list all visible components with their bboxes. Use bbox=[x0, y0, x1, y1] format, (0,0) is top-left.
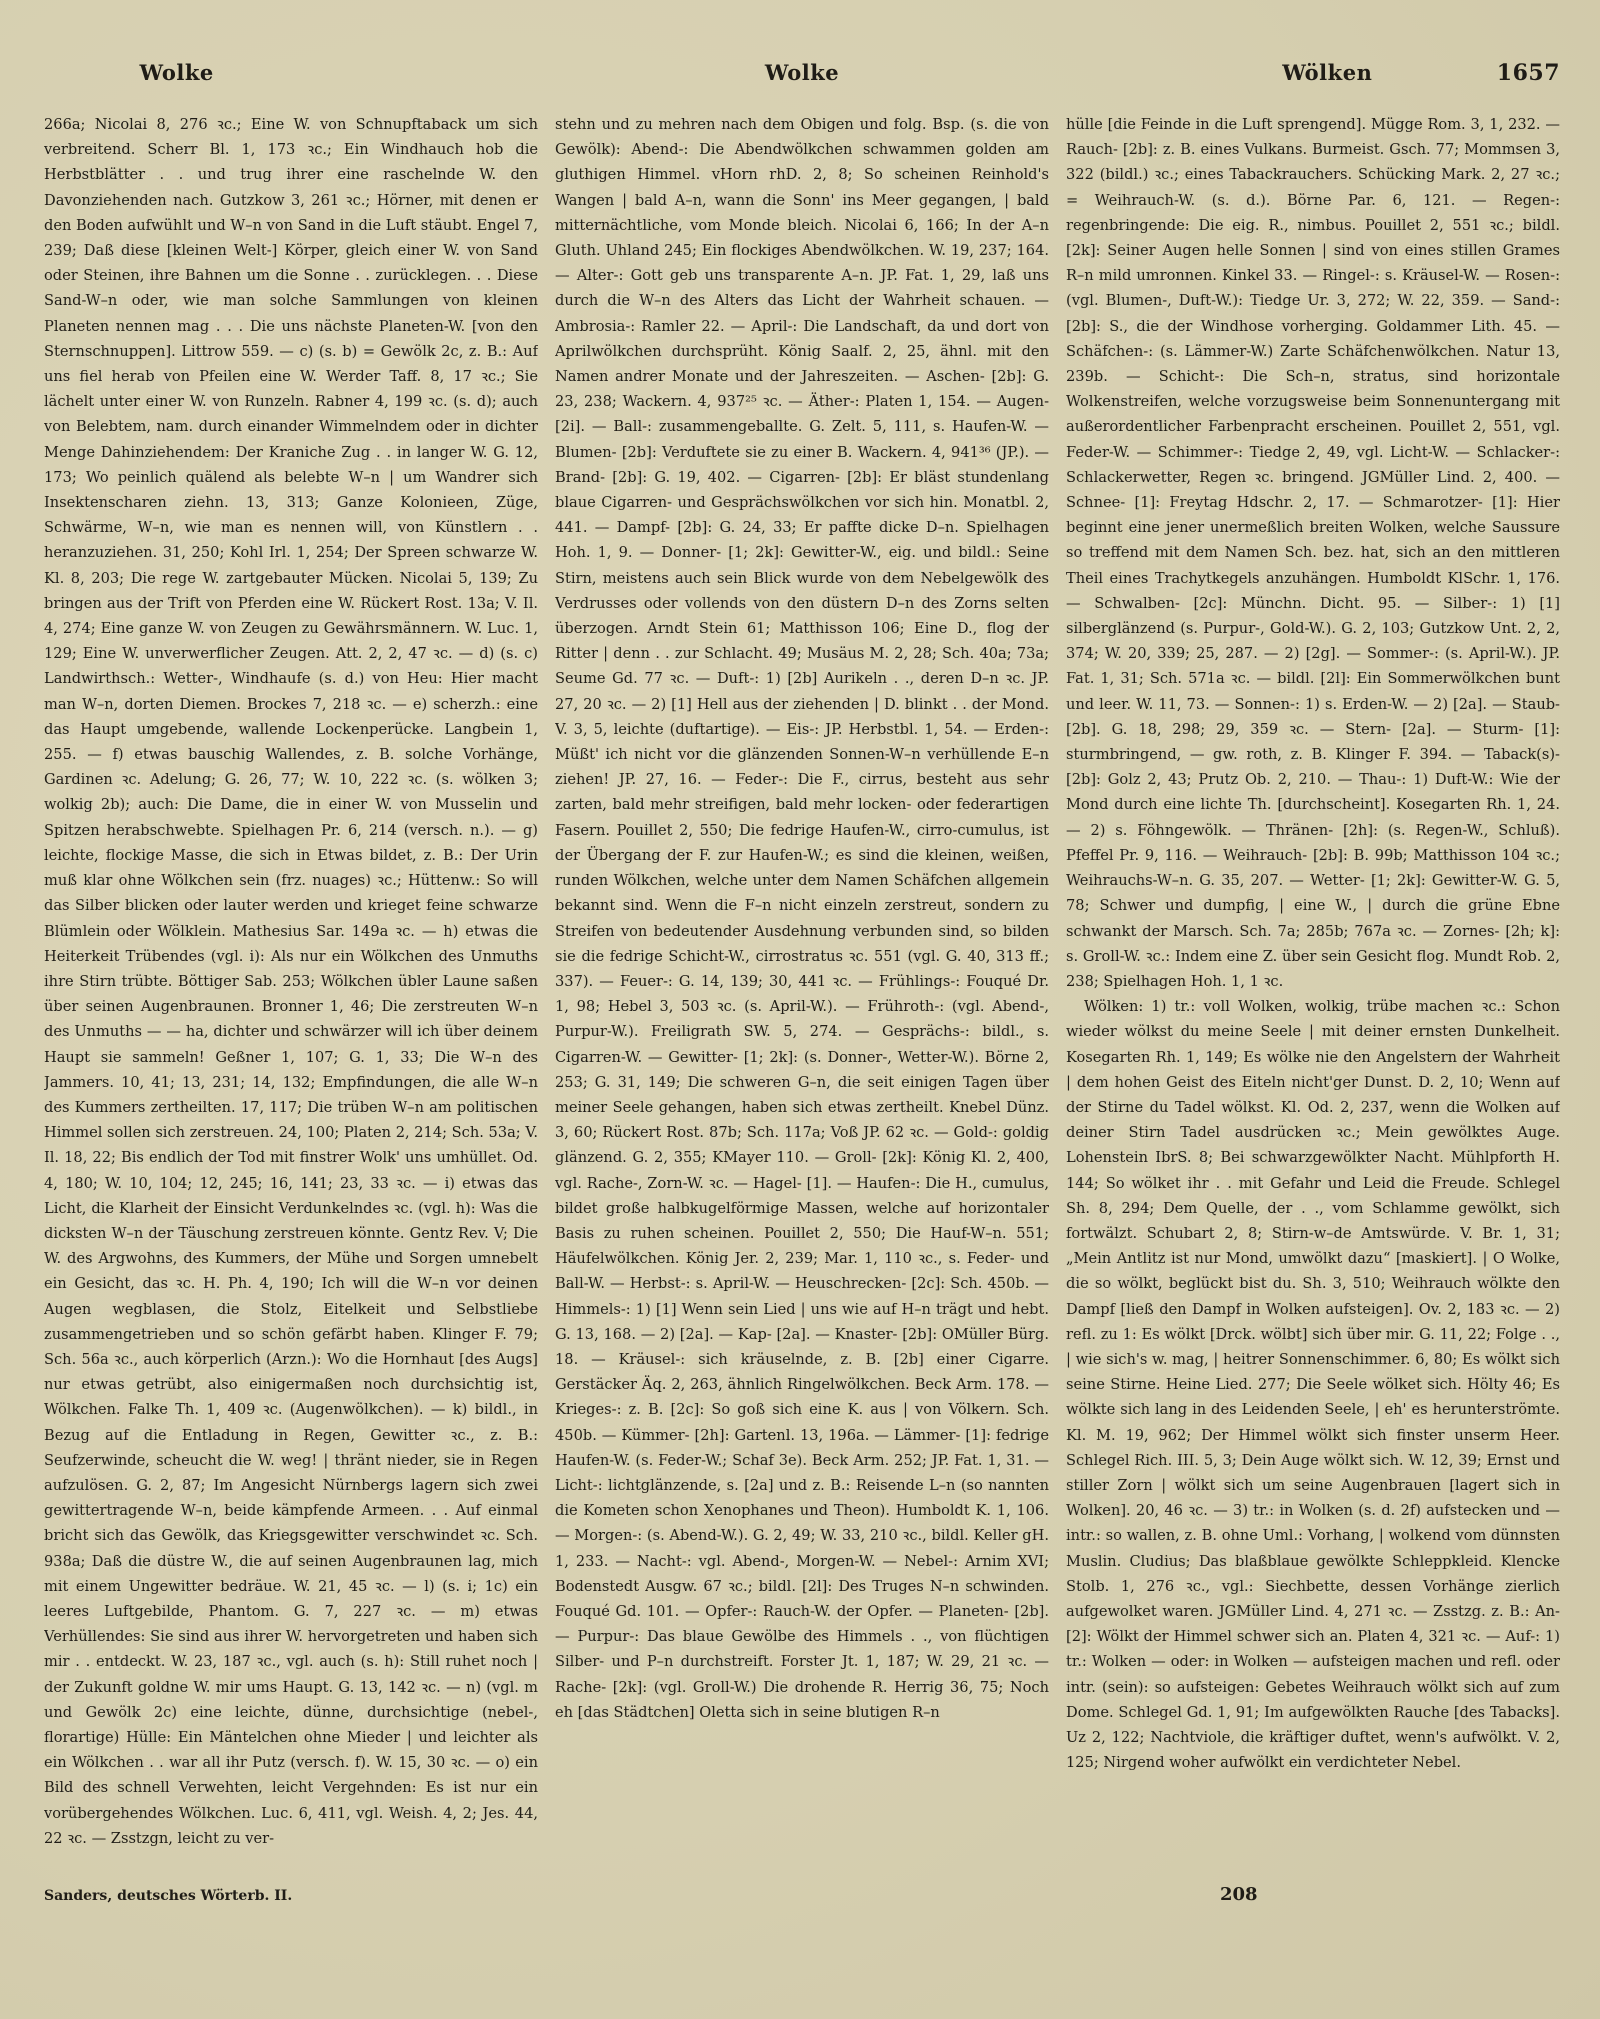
running-head-right-wrap: Wölken 1657 bbox=[1055, 60, 1560, 85]
running-head-left: Wolke bbox=[44, 60, 549, 85]
running-head: Wolke Wolke Wölken 1657 bbox=[44, 52, 1560, 92]
column-1: 266a; Nicolai 8, 276 ꝛc.; Eine W. von Sc… bbox=[44, 112, 538, 1856]
column-3-text-a: hülle [die Feinde in die Luft sprengend]… bbox=[1066, 112, 1560, 994]
column-3: hülle [die Feinde in die Luft sprengend]… bbox=[1066, 112, 1560, 1856]
column-1-text: 266a; Nicolai 8, 276 ꝛc.; Eine W. von Sc… bbox=[44, 112, 538, 1851]
sheet-number: 208 bbox=[1220, 1884, 1258, 1905]
dictionary-page: Wolke Wolke Wölken 1657 266a; Nicolai 8,… bbox=[44, 52, 1560, 1856]
column-2: stehn und zu mehren nach dem Obigen und … bbox=[555, 112, 1049, 1856]
column-3-entry-woelken: Wölken: 1) tr.: voll Wolken, wolkig, trü… bbox=[1066, 994, 1560, 1775]
running-head-center: Wolke bbox=[549, 60, 1054, 85]
text-columns: 266a; Nicolai 8, 276 ꝛc.; Eine W. von Sc… bbox=[44, 112, 1560, 1856]
page-number: 1657 bbox=[1497, 60, 1560, 86]
column-2-text: stehn und zu mehren nach dem Obigen und … bbox=[555, 112, 1049, 1725]
signature-line: Sanders, deutsches Wörterb. II. bbox=[44, 1888, 292, 1904]
running-head-right: Wölken bbox=[1282, 60, 1372, 85]
